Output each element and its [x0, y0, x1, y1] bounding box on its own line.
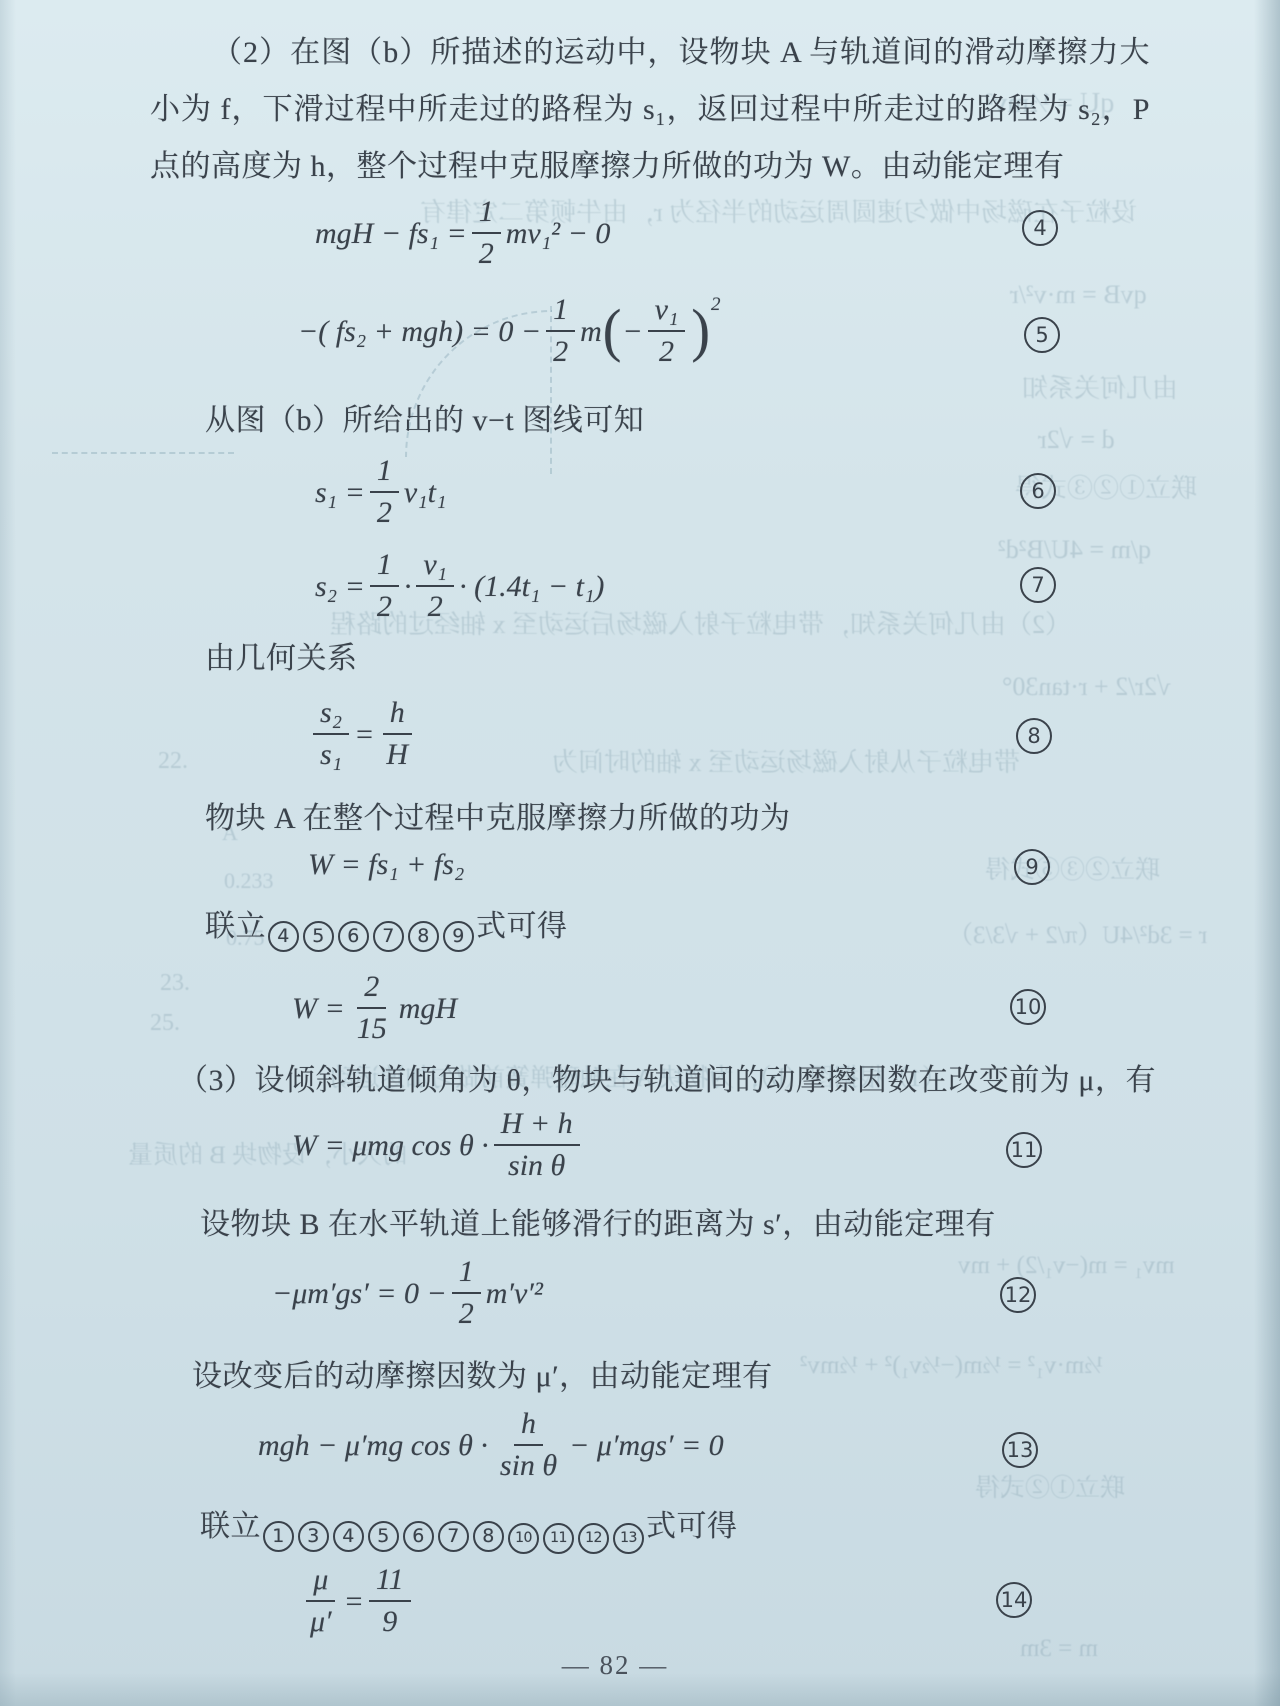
bleed-through-text: √2r/2 + r·tan30°: [1002, 672, 1171, 702]
bleed-through-text: qvB = m·v²/r: [1010, 280, 1147, 310]
scanned-page: qU = ½mv²设粒子在磁场中做匀速圆周运动的半径为 r，由牛顿第二定律有qv…: [0, 0, 1280, 1706]
circled-number-11: 11: [543, 1523, 574, 1554]
bleed-through-dashed-line: [52, 452, 234, 454]
bleed-through-text: 25.: [150, 1010, 180, 1037]
circled-number-3: 3: [298, 1521, 329, 1552]
equation-5: −( fs₂ + mgh) = 0 − 12m(−v₁2)2: [298, 295, 721, 367]
equation-6: s₁ = 12v₁t₁: [315, 456, 446, 528]
combine-circled-numbers: 456789: [266, 910, 476, 943]
paragraph-vt-graph: 从图（b）所给出的 v−t 图线可知: [205, 392, 644, 449]
paragraph-combine-final: 联立134567810111213式可得: [200, 1498, 738, 1555]
bleed-through-text: 0.233: [224, 868, 274, 894]
bleed-through-text: mv₁ = m(−v₁/2) + mv: [958, 1252, 1175, 1280]
circled-number-13: 13: [613, 1523, 644, 1554]
equation-10-label: 10: [1010, 989, 1046, 1025]
circled-number-7: 7: [373, 921, 404, 952]
equation-9: W = fs₁ + fs₂: [308, 848, 464, 881]
equation-4-label: 4: [1022, 210, 1058, 246]
combine-prefix: 联立: [200, 1510, 261, 1543]
equation-13-label: 13: [1002, 1432, 1038, 1468]
equation-10: W = 215mgH: [292, 972, 457, 1044]
page-number: — 82 —: [0, 1650, 1230, 1681]
circled-number-5: 5: [368, 1521, 399, 1552]
paragraph-part2-intro: （2）在图（b）所描述的运动中，设物块 A 与轨道间的滑动摩擦力大小为 f，下滑…: [150, 24, 1150, 195]
equation-11-label: 11: [1006, 1132, 1042, 1168]
combine-circled-numbers: 134567810111213: [261, 1510, 646, 1543]
equation-14: μμ′ = 119: [298, 1565, 416, 1637]
paragraph-new-friction-coefficient: 设改变后的动摩擦因数为 μ′，由动能定理有: [192, 1348, 773, 1405]
circled-number-4: 4: [268, 921, 299, 952]
paragraph-part3-intro: （3）设倾斜轨道倾角为 θ，物块与轨道间的动摩擦因数在改变前为 μ，有: [178, 1052, 1156, 1109]
circled-number-1: 1: [263, 1521, 294, 1552]
equation-11: W = μmg cos θ · H + hsin θ: [292, 1109, 585, 1181]
equation-8-label: 8: [1016, 718, 1052, 754]
equation-9-label: 9: [1014, 849, 1050, 885]
combine-prefix: 联立: [205, 910, 266, 943]
circled-number-5: 5: [303, 921, 334, 952]
equation-12: −μm′gs′ = 0 − 12m′v′²: [272, 1257, 543, 1329]
circled-number-9: 9: [443, 921, 474, 952]
equation-8: s₂s₁ = hH: [308, 698, 420, 770]
equation-4: mgH − fs₁ = 12mv₁² − 0: [315, 197, 610, 269]
bleed-through-text: d = √2r: [1038, 425, 1115, 455]
equation-13: mgh − μ′mg cos θ · hsin θ − μ′mgs′ = 0: [258, 1409, 724, 1481]
paragraph-work-of-friction: 物块 A 在整个过程中克服摩擦力所做的功为: [205, 790, 791, 847]
bleed-through-text: 联立①②式得: [975, 1468, 1125, 1504]
combine-suffix: 式可得: [646, 1510, 738, 1543]
circled-number-6: 6: [403, 1521, 434, 1552]
equation-12-label: 12: [1000, 1277, 1036, 1313]
circled-number-4: 4: [333, 1521, 364, 1552]
bleed-through-text: 23.: [160, 970, 190, 997]
equation-7-label: 7: [1020, 567, 1056, 603]
paragraph-combine-4-9: 联立456789式可得: [205, 898, 568, 955]
bleed-through-text: 由几何关系知: [1022, 368, 1178, 405]
bleed-through-text: q/m = 4U/B²d²: [998, 535, 1151, 565]
paragraph-geometry: 由几何关系: [205, 630, 358, 687]
circled-number-8: 8: [473, 1521, 504, 1552]
circled-number-12: 12: [578, 1523, 609, 1554]
equation-5-label: 5: [1024, 317, 1060, 353]
equation-14-label: 14: [996, 1582, 1032, 1618]
equation-7: s₂ = 12 · v₁2 · (1.4t₁ − t₁): [315, 550, 604, 622]
bleed-through-text: 联立②③⑤式得: [985, 850, 1160, 886]
equation-6-label: 6: [1020, 473, 1056, 509]
bleed-through-text: r = 3d²/4U（π/2 + √3/3）: [948, 915, 1207, 951]
circled-number-6: 6: [338, 921, 369, 952]
circled-number-10: 10: [508, 1523, 539, 1554]
circled-number-7: 7: [438, 1521, 469, 1552]
bleed-through-text: ½m·v₁² = ½m(−½v₁)² + ½mv²: [800, 1352, 1103, 1380]
paragraph-block-b-distance: 设物块 B 在水平轨道上能够滑行的距离为 s′，由动能定理有: [200, 1196, 996, 1253]
bleed-through-text: 带电粒子从射入磁场运动至 x 轴的时间为: [552, 742, 1020, 779]
combine-suffix: 式可得: [476, 910, 568, 943]
bleed-through-text: 22.: [158, 748, 188, 775]
circled-number-8: 8: [408, 921, 439, 952]
